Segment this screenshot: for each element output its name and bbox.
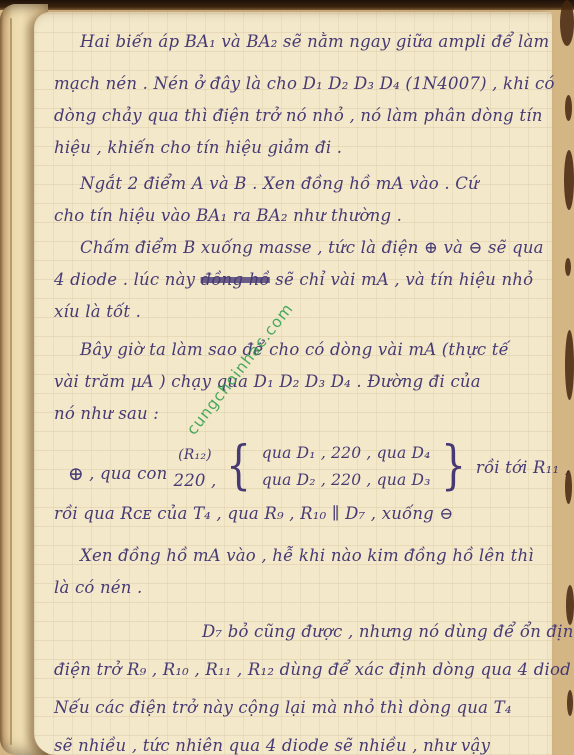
torn-edge-speck bbox=[560, 0, 574, 46]
path-lead: ⊕ , qua con bbox=[68, 458, 168, 494]
diode-path-row: qua D₁ , 220 , qua D₄ bbox=[262, 440, 431, 467]
value-220: 220 , bbox=[174, 468, 217, 494]
notebook-page: Hai biến áp BA₁ và BA₂ sẽ nằm ngay giữa … bbox=[34, 12, 552, 755]
handwritten-line: Hai biến áp BA₁ và BA₂ sẽ nằm ngay giữa … bbox=[54, 26, 542, 58]
handwritten-line: D₇ bỏ cũng được , nhưng nó dùng để ổn đị… bbox=[54, 616, 542, 648]
open-brace: { bbox=[227, 440, 252, 494]
torn-edge-speck bbox=[566, 585, 574, 625]
line-text: 4 diode . lúc này bbox=[54, 270, 201, 289]
torn-edge-speck bbox=[565, 258, 571, 276]
handwritten-line: Chấm điểm B xuống masse , tức là điện ⊕ … bbox=[54, 232, 542, 264]
handwritten-line: nó như sau : bbox=[54, 398, 542, 430]
notebook-top-edge bbox=[0, 0, 574, 10]
handwritten-line: rồi qua Rᴄᴇ của T₄ , qua R₉ , R₁₀ ∥ D₇ ,… bbox=[54, 498, 542, 530]
line-text: sẽ chỉ vài mA , và tín hiệu nhỏ bbox=[270, 270, 533, 289]
torn-edge-speck bbox=[565, 95, 572, 121]
handwritten-line-with-strikeout: 4 diode . lúc này đồng hồ sẽ chỉ vài mA … bbox=[54, 264, 542, 296]
handwritten-line: dòng chảy qua thì điện trở nó nhỏ , nó l… bbox=[54, 100, 542, 132]
torn-edge-speck bbox=[565, 470, 572, 504]
r12-label: (R₁₂) bbox=[178, 442, 212, 468]
handwritten-line: xíu là tốt . bbox=[54, 296, 542, 328]
torn-edge-speck bbox=[567, 690, 573, 716]
close-brace: } bbox=[441, 440, 466, 494]
circled-plus-symbol: ⊕ bbox=[68, 458, 84, 490]
scribbled-out-word: đồng hồ bbox=[201, 270, 270, 289]
current-path-diagram-line: ⊕ , qua con (R₁₂) 220 , { qua D₁ , 220 ,… bbox=[68, 432, 542, 494]
diode-path-row: qua D₂ , 220 , qua D₃ bbox=[262, 467, 431, 494]
handwritten-content: Hai biến áp BA₁ và BA₂ sẽ nằm ngay giữa … bbox=[54, 26, 542, 755]
handwritten-line: Nếu các điện trở này cộng lại mà nhỏ thì… bbox=[54, 692, 542, 724]
resistor-220-column: (R₁₂) 220 , bbox=[174, 442, 217, 494]
handwritten-line: sẽ nhiều , tức nhiên qua 4 diode sẽ nhiề… bbox=[54, 730, 542, 755]
handwritten-line: Xen đồng hồ mA vào , hễ khi nào kim đồng… bbox=[54, 540, 542, 572]
handwritten-line: mạch nén . Nén ở đây là cho D₁ D₂ D₃ D₄ … bbox=[54, 68, 542, 100]
handwritten-line: hiệu , khiến cho tín hiệu giảm đi . bbox=[54, 132, 542, 164]
diode-path-rows: qua D₁ , 220 , qua D₄ qua D₂ , 220 , qua… bbox=[262, 440, 431, 494]
path-lead-text: , qua con bbox=[89, 458, 167, 490]
handwritten-line: cho tín hiệu vào BA₁ ra BA₂ như thường . bbox=[54, 200, 542, 232]
handwritten-line: vài trăm µA ) chạy qua D₁ D₂ D₃ D₄ . Đườ… bbox=[54, 366, 542, 398]
torn-edge-speck bbox=[565, 330, 574, 400]
torn-right-edge bbox=[550, 0, 574, 755]
handwritten-line: Ngắt 2 điểm A và B . Xen đồng hồ mA vào … bbox=[54, 168, 542, 200]
handwritten-line: điện trở R₉ , R₁₀ , R₁₁ , R₁₂ dùng để xá… bbox=[54, 654, 542, 686]
handwritten-line: là có nén . bbox=[54, 572, 542, 604]
handwritten-line: Bây giờ ta làm sao để cho có dòng vài mA… bbox=[54, 334, 542, 366]
torn-edge-speck bbox=[564, 150, 574, 210]
